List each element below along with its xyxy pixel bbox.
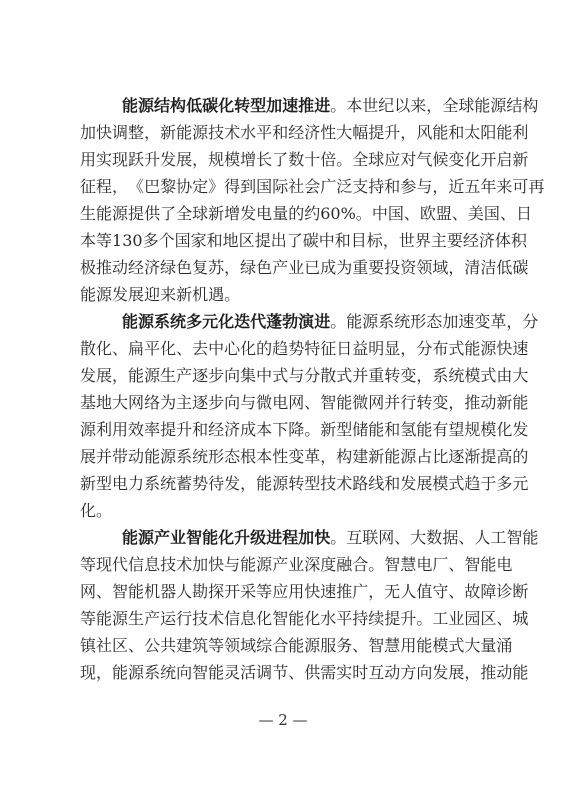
document-page: 能源结构低碳化转型加速推进。本世纪以来，全球能源结构 加快调整，新能源技术水平和…	[0, 0, 566, 800]
text-line: 现，能源系统向智能灵活调节、供需实时互动方向发展，推动能	[80, 659, 488, 686]
text-line: 征程，《巴黎协定》得到国际社会广泛支持和参与，近五年来可再	[80, 173, 488, 200]
text-line: 发展，能源生产逐步向集中式与分散式并重转变，系统模式由大	[80, 362, 488, 389]
text-line: 本等130多个国家和地区提出了碳中和目标，世界主要经济体积	[80, 227, 488, 254]
paragraph-energy-structure: 能源结构低碳化转型加速推进。本世纪以来，全球能源结构 加快调整，新能源技术水平和…	[80, 92, 488, 308]
text-line: 用实现跃升发展，规模增长了数十倍。全球应对气候变化开启新	[80, 146, 488, 173]
text-line: 新型电力系统蓄势待发，能源转型技术路线和发展模式趋于多元	[80, 470, 488, 497]
paragraph-energy-system: 能源系统多元化迭代蓬勃演进。能源系统形态加速变革，分 散化、扁平化、去中心化的趋…	[80, 308, 488, 524]
text-line: 能源发展迎来新机遇。	[80, 281, 488, 308]
paragraph-energy-industry: 能源产业智能化升级进程加快。互联网、大数据、人工智能 等现代信息技术加快与能源产…	[80, 524, 488, 686]
text-line: 能源产业智能化升级进程加快。互联网、大数据、人工智能	[80, 524, 488, 551]
body-text: 能源结构低碳化转型加速推进。本世纪以来，全球能源结构 加快调整，新能源技术水平和…	[80, 92, 488, 686]
text-line: 能源结构低碳化转型加速推进。本世纪以来，全球能源结构	[80, 92, 488, 119]
text-line: 基地大网络为主逐步向与微电网、智能微网并行转变，推动新能	[80, 389, 488, 416]
text-line: 生能源提供了全球新增发电量的约60%。中国、欧盟、美国、日	[80, 200, 488, 227]
text-line: 化。	[80, 497, 488, 524]
text-line: 网、智能机器人勘探开采等应用快速推广，无人值守、故障诊断	[80, 578, 488, 605]
text-line: 能源系统多元化迭代蓬勃演进。能源系统形态加速变革，分	[80, 308, 488, 335]
text-line: 加快调整，新能源技术水平和经济性大幅提升，风能和太阳能利	[80, 119, 488, 146]
text-line: 散化、扁平化、去中心化的趋势特征日益明显，分布式能源快速	[80, 335, 488, 362]
text-line: 极推动经济绿色复苏，绿色产业已成为重要投资领域，清洁低碳	[80, 254, 488, 281]
text-line: 等能源生产运行技术信息化智能化水平持续提升。工业园区、城	[80, 605, 488, 632]
text-line: 等现代信息技术加快与能源产业深度融合。智慧电厂、智能电	[80, 551, 488, 578]
text-line: 源利用效率提升和经济成本下降。新型储能和氢能有望规模化发	[80, 416, 488, 443]
text-line: 镇社区、公共建筑等领域综合能源服务、智慧用能模式大量涌	[80, 632, 488, 659]
text-line: 展并带动能源系统形态根本性变革，构建新能源占比逐渐提高的	[80, 443, 488, 470]
page-number: — 2 —	[0, 711, 566, 729]
